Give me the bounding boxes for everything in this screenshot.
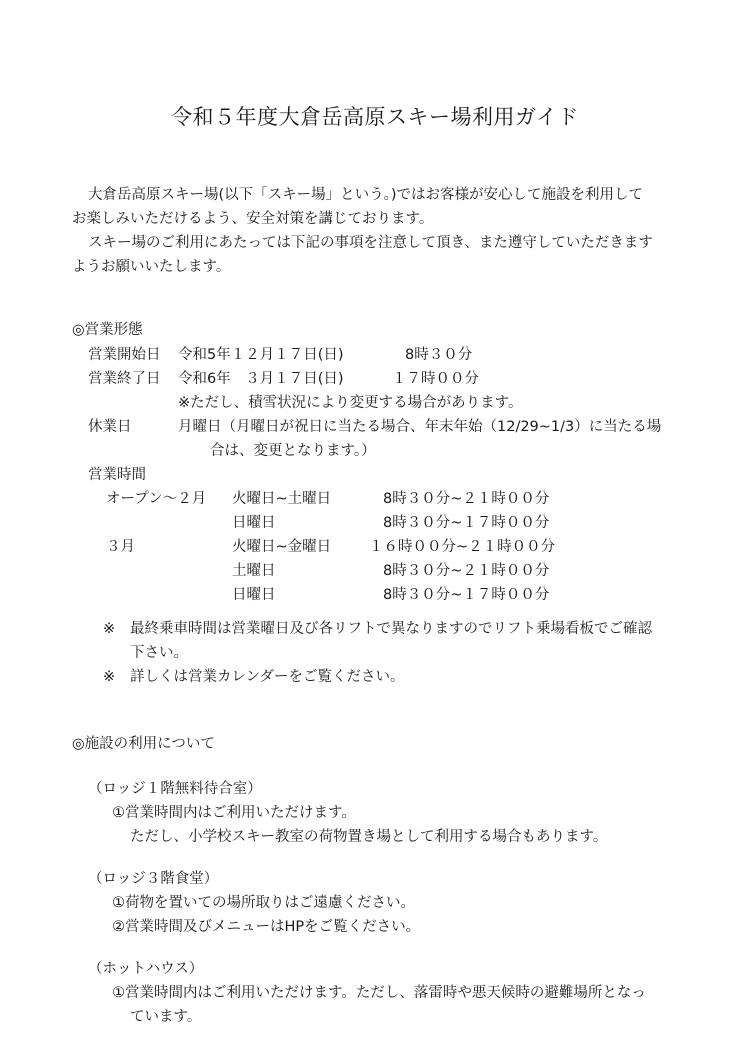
hours-days: 日曜日 [232,585,276,605]
end-date-label: 営業終了日 [88,369,161,389]
last-ride-note-cont: 下さい。 [130,643,188,663]
hours-days: 土曜日 [232,561,276,581]
lodge1-item-1: ①営業時間内はご利用いただけます。 [112,803,356,823]
calendar-note: 詳しくは営業カレンダーをご覧ください。 [130,667,405,687]
end-time-value: １７時００分 [392,369,479,389]
lodge1-item-1-cont: ただし、小学校スキー教室の荷物置き場として利用する場合もあります。 [130,827,607,847]
end-date-value: 令和6年 ３月１７日(日) [178,369,344,389]
hours-time: 8時３０分~２１時００分 [383,561,549,581]
lodge3-item-2: ②営業時間及びメニューはHPをご覧ください。 [112,917,420,937]
hours-days: 火曜日~土曜日 [232,489,331,509]
note-mark: ※ [103,619,115,639]
last-ride-note: 最終乗車時間は営業曜日及び各リフトで異なりますのでリフト乗場看板でご確認 [130,619,652,639]
closed-day-value: 月曜日（月曜日が祝日に当たる場合、年末年始（12/29~1/3）に当たる場 [178,417,661,437]
hours-time: 8時３０分~２１時００分 [383,489,549,509]
hothouse-item-1-cont: ています。 [130,1007,201,1027]
closed-day-label: 休業日 [88,417,132,437]
hours-period: オープン～２月 [106,489,206,509]
hours-period: ３月 [106,537,135,557]
start-time-value: 8時３０分 [405,345,472,365]
hothouse-item-1: ①営業時間内はご利用いただけます。ただし、落雷時や悪天候時の避難場所となっ [112,983,646,1003]
intro-paragraph-2-cont: ようお願いいたします。 [72,257,230,277]
intro-paragraph-2: スキー場のご利用にあたっては下記の事項を注意して頂き、また遵守していただきます [88,233,653,253]
note-mark: ※ [103,667,115,687]
intro-paragraph-1: 大倉岳高原スキー場(以下「スキー場」という。)ではお客様が安心して施設を利用して [88,185,643,205]
closed-day-value-cont: 合は、変更となります。） [210,441,376,461]
section-heading-facilities: ◎施設の利用について [72,734,215,754]
start-date-value: 令和5年１２月１７日(日) [178,345,344,365]
lodge1-title: （ロッジ１階無料待合室） [88,779,262,799]
start-date-label: 営業開始日 [88,345,161,365]
hours-days: 火曜日~金曜日 [232,537,331,557]
hours-time: 8時３０分~１７時００分 [383,585,549,605]
lodge3-title: （ロッジ３階食堂） [88,869,218,889]
page-title: 令和５年度大倉岳高原スキー場利用ガイド [0,103,750,131]
hours-time: 8時３０分~１７時００分 [383,513,549,533]
hours-days: 日曜日 [232,513,276,533]
intro-paragraph-1-cont: お楽しみいただけるよう、安全対策を講じております。 [72,209,433,229]
hours-time: １６時００分~２１時００分 [369,537,555,557]
hours-label: 営業時間 [88,465,146,485]
snow-condition-note: ※ただし、積雪状況により変更する場合があります。 [178,393,523,413]
lodge3-item-1: ①荷物を置いての場所取りはご遠慮ください。 [112,893,415,913]
section-heading-operation: ◎営業形態 [72,320,143,340]
hothouse-title: （ホットハウス） [88,959,203,979]
